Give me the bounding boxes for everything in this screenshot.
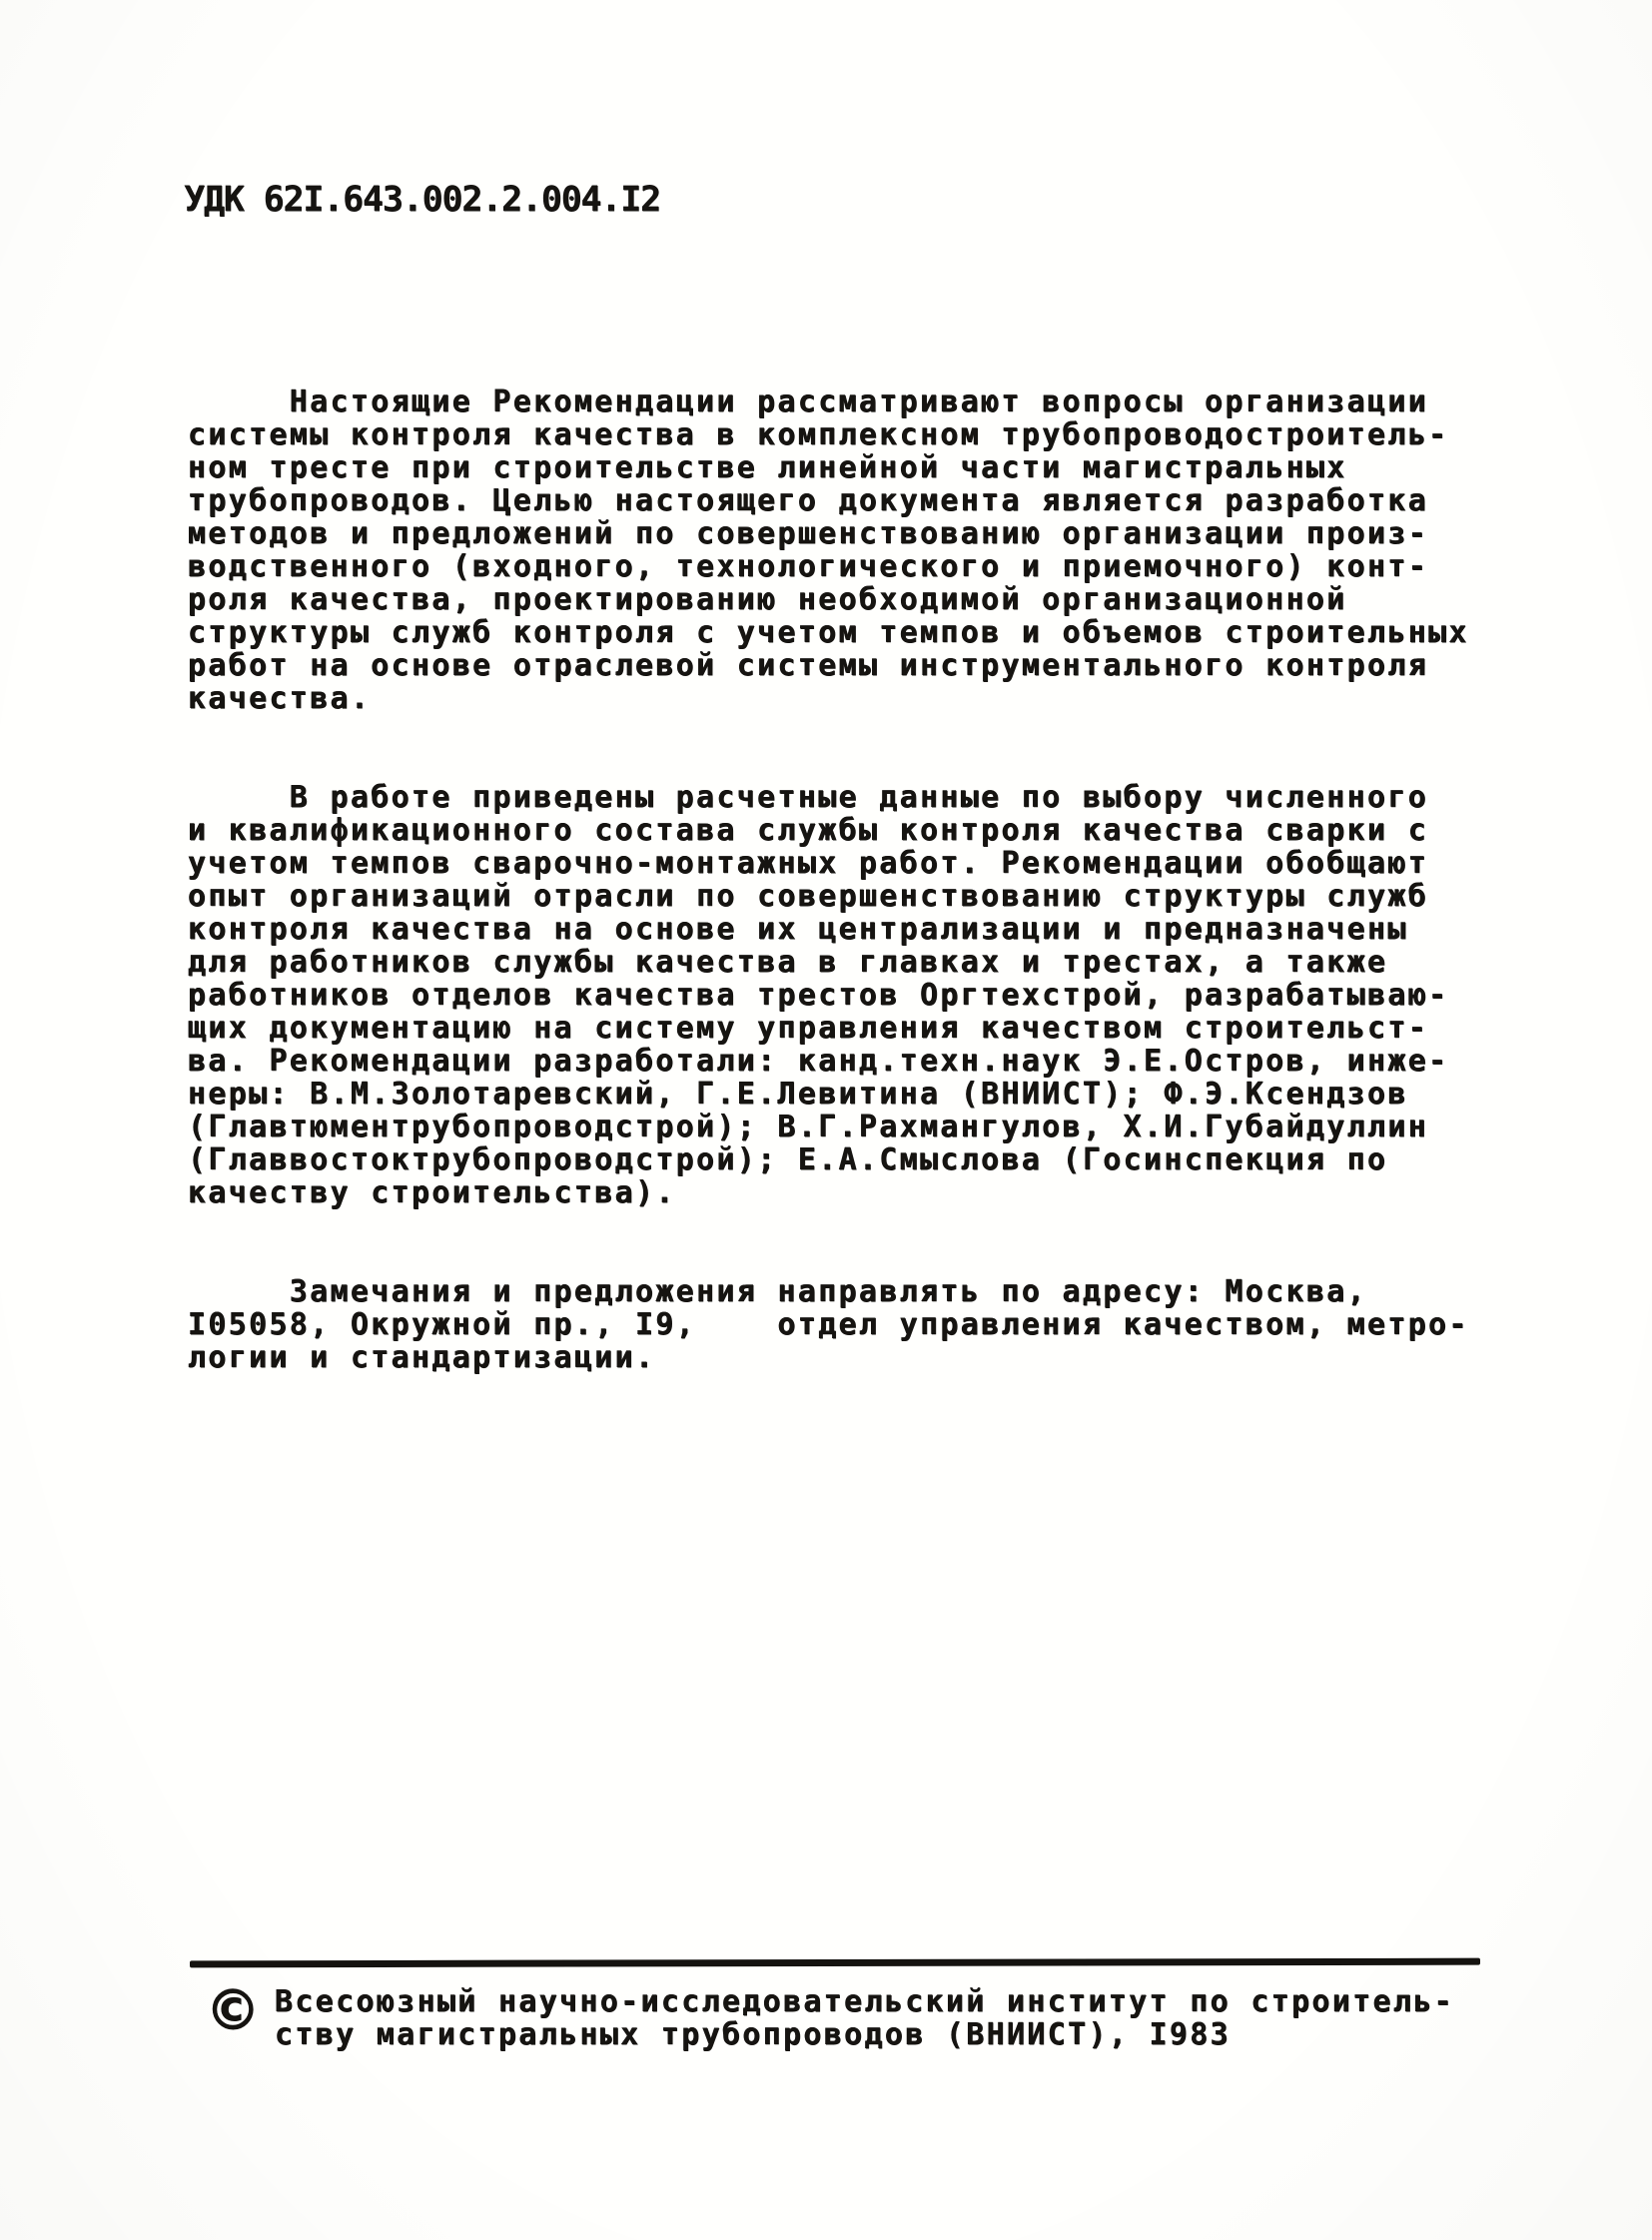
copyright-text: Всесоюзный научно-исследовательский инст… <box>275 1985 1454 2051</box>
abstract-paragraph-scope: Настоящие Рекомендации рассматривают воп… <box>188 385 1469 715</box>
document-page: УДК 62I.643.002.2.004.I2 Настоящие Реком… <box>0 0 1652 2240</box>
abstract-block: Настоящие Рекомендации рассматривают воп… <box>188 320 1469 1440</box>
footer-divider <box>190 1958 1480 1968</box>
copyright-icon: © <box>205 1983 261 2039</box>
abstract-paragraph-feedback-address: Замечания и предложения направлять по ад… <box>188 1275 1469 1374</box>
udc-classification: УДК 62I.643.002.2.004.I2 <box>184 180 660 220</box>
abstract-paragraph-authors: В работе приведены расчетные данные по в… <box>188 781 1469 1209</box>
